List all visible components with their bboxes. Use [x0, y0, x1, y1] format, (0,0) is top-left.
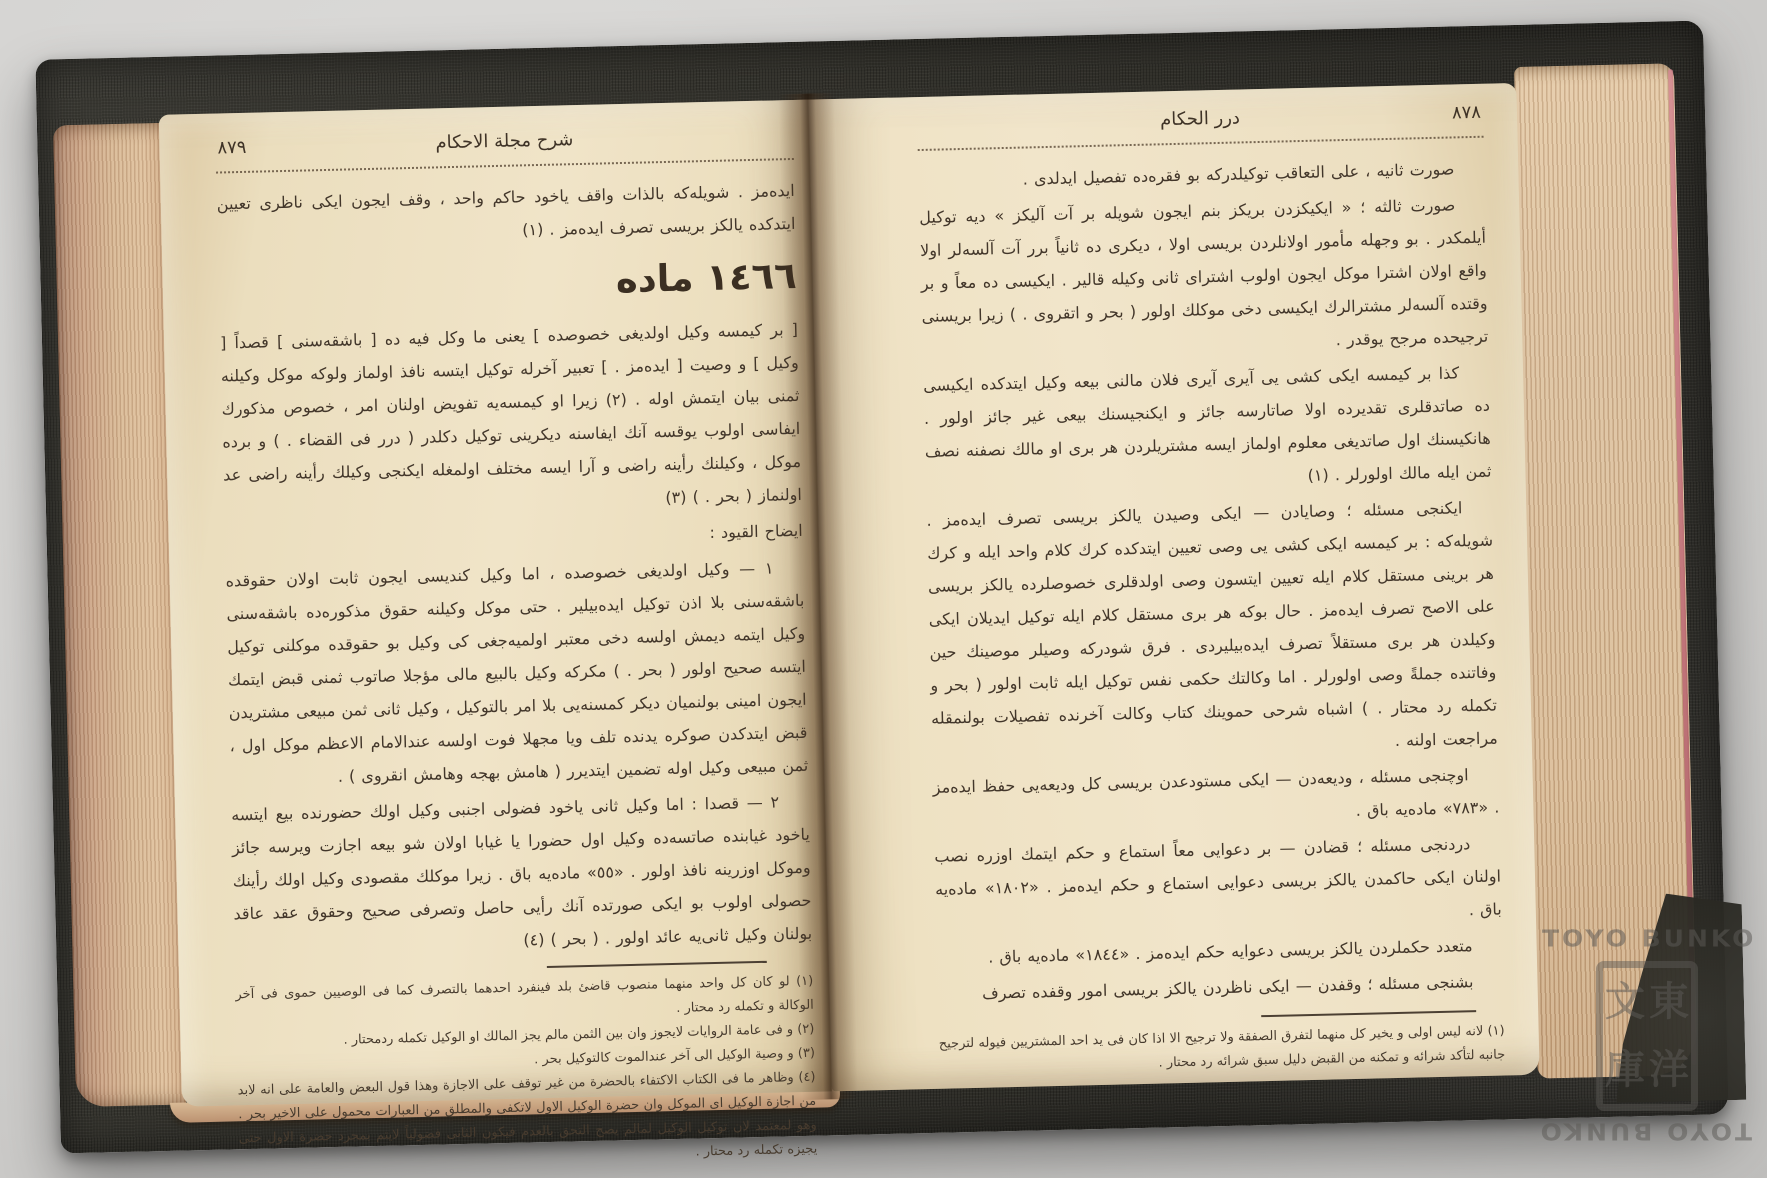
photo-backdrop: ٨٧٩ شرح مجلة الاحكام ايده‌مز . شويله‌كه … [0, 0, 1767, 1178]
paragraph: ايكنجى مسئله ؛ وصايادن — ايكى وصيدن يالك… [926, 491, 1498, 768]
watermark-text-bottom: TOYO BUNKO [1542, 1118, 1752, 1145]
left-page: ٨٧٩ شرح مجلة الاحكام ايده‌مز . شويله‌كه … [159, 100, 832, 1107]
right-page-title: درر الحكام [1160, 107, 1240, 130]
clause-1-paragraph: ١ — وكيل اولديغى خصوصده ، اما وكيل كنديس… [225, 551, 808, 796]
article-1466-heading: ١٤٦٦ ماده [218, 246, 797, 319]
footnote: (٤) وظاهر ما فى الكتاب الاكتفاء بالحضرة … [237, 1066, 817, 1176]
footnote-separator [1261, 1010, 1476, 1017]
article-text-paragraph: [ بر كيمسه وكيل اولديغى خصوصده ] يعنى ما… [220, 313, 803, 525]
continuation-paragraph: ايده‌مز . شويله‌كه بالذات واقف ياخود حاك… [216, 174, 795, 254]
left-page-title: شرح مجلة الاحكام [435, 129, 573, 153]
footnote-separator [547, 961, 767, 968]
open-book: ٨٧٩ شرح مجلة الاحكام ايده‌مز . شويله‌كه … [35, 21, 1728, 1154]
right-page-number: ٨٧٨ [1452, 102, 1482, 124]
paragraph: صورت ثالثه ؛ « ايكيكزدن بريكز بنم ايجون … [919, 188, 1489, 366]
left-page-number: ٨٧٩ [217, 137, 247, 159]
paragraph: كذا بر كيمسه ايكى كشى يى آيرى آيرى فلان … [923, 356, 1492, 501]
footnote: (١) لانه ليس اولى و يخير كل منهما لتفرق … [939, 1019, 1506, 1080]
paragraph: دردنجى مسئله ؛ قضادن — بر دعوايى معاً اس… [934, 827, 1502, 939]
clause-2-paragraph: ٢ — قصدا : اما وكيل ثانى ياخود فضولى اجن… [231, 785, 813, 964]
right-page: ٨٧٨ درر الحكام صورت ثانيه ، على التعاقب … [808, 83, 1539, 1091]
paragraph: اوچنجى مسئله ، وديعه‌دن — ايكى مستودعدن … [932, 758, 1499, 837]
